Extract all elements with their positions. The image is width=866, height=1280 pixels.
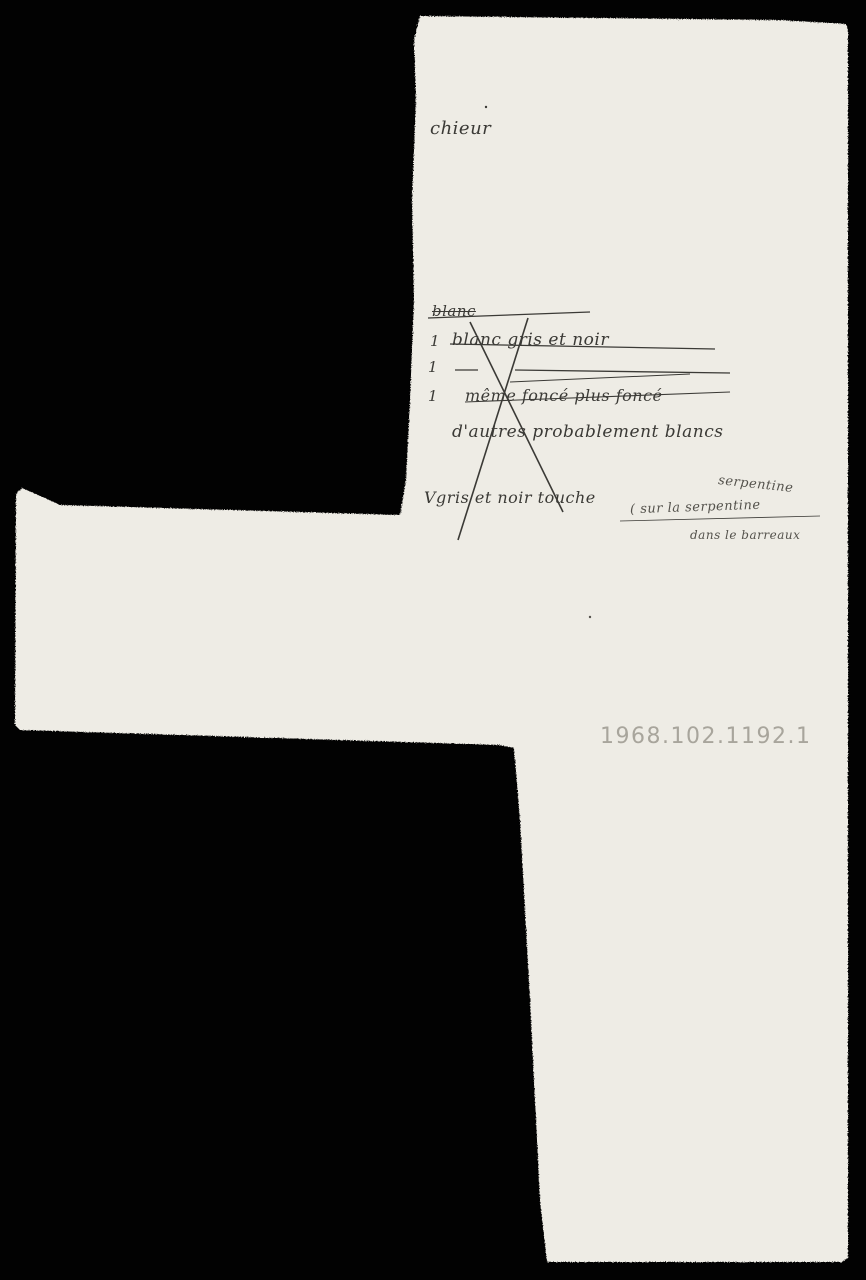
paper-sheet xyxy=(0,0,866,1280)
handwritten-line-1: blanc xyxy=(432,302,476,320)
handwritten-line-2: blanc gris et noir xyxy=(452,330,609,350)
paper-speck xyxy=(485,106,487,108)
handwritten-line-5: d'autres probablement blancs xyxy=(452,422,723,442)
paper-outline xyxy=(15,16,848,1262)
line-number: 1 xyxy=(428,387,438,405)
accession-number: 1968.102.1192.1 xyxy=(600,724,811,749)
line-number: 1 xyxy=(428,358,438,376)
handwritten-top-word: chieur xyxy=(430,118,491,139)
paper-speck xyxy=(589,616,591,618)
handwritten-line-6: Vgris et noir touche xyxy=(424,488,596,507)
annotation-below: dans le barreaux xyxy=(690,528,800,542)
line-number: 1 xyxy=(430,332,440,350)
handwritten-line-4: même foncé plus foncé xyxy=(465,386,663,405)
